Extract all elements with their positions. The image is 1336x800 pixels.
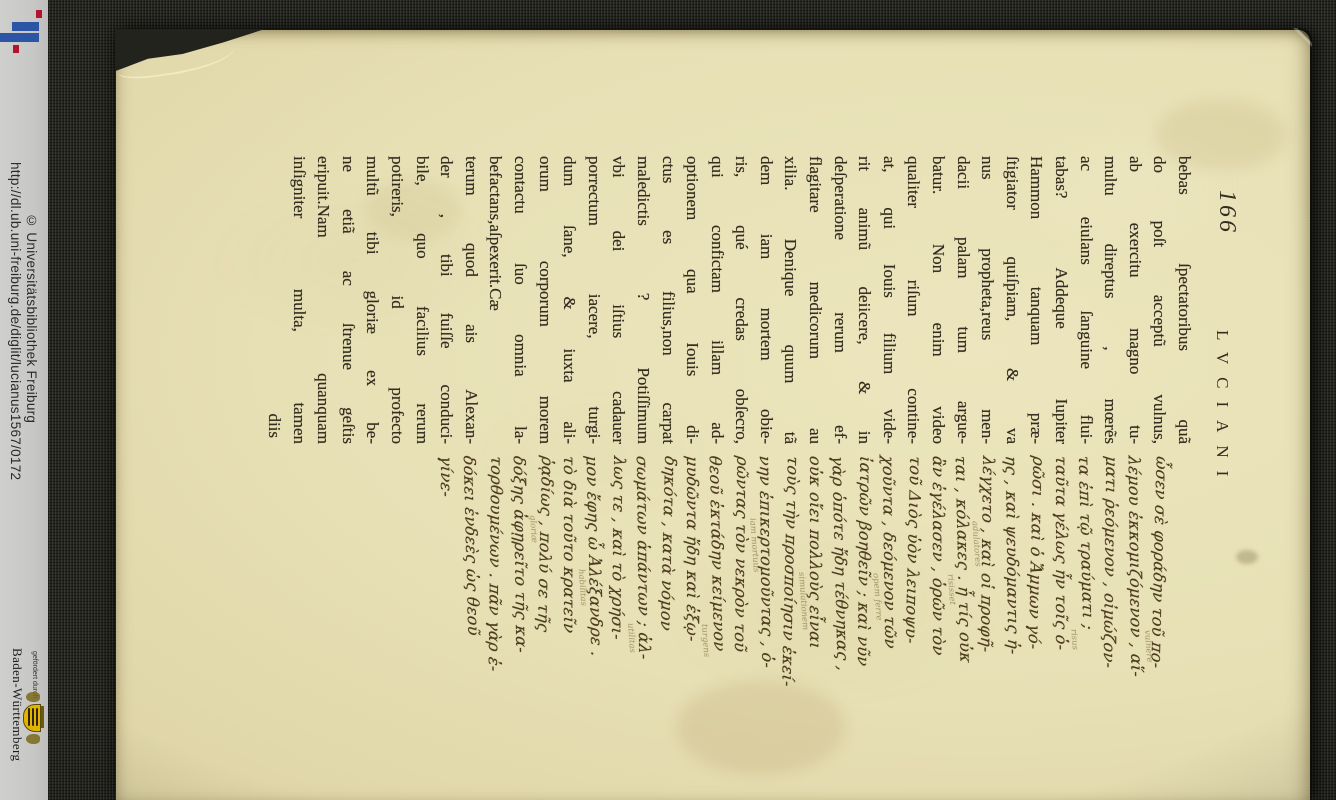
source-url: http://dl.ub.uni-freiburg.de/diglit/luci…: [8, 162, 23, 480]
logo-red-square: [13, 45, 19, 53]
attribution-sidebar: http://dl.ub.uni-freiburg.de/diglit/luci…: [0, 0, 48, 800]
digitized-book-scan: 166 LVCIANI bebas ſpectatoribus quãdo po…: [0, 0, 1336, 800]
funding-region-label: Baden-Württemberg: [9, 648, 25, 761]
arms-supporter: [26, 692, 40, 702]
arms-supporter: [26, 734, 40, 744]
arms-lion: [32, 708, 34, 726]
copyright-notice: © Universitätsbibliothek Freiburg: [24, 213, 39, 423]
ub-freiburg-logo-icon: [0, 6, 48, 56]
arms-lion: [36, 708, 38, 726]
logo-blue-bar: [12, 22, 39, 31]
photo-vignette: [48, 0, 1336, 800]
scan-background: 166 LVCIANI bebas ſpectatoribus quãdo po…: [48, 0, 1336, 800]
arms-shield: [23, 704, 41, 732]
arms-crown: [41, 706, 44, 728]
arms-lion: [28, 708, 30, 726]
logo-red-square: [36, 10, 42, 18]
baden-wuerttemberg-arms-icon: [22, 690, 44, 746]
logo-blue-bar: [0, 33, 39, 42]
